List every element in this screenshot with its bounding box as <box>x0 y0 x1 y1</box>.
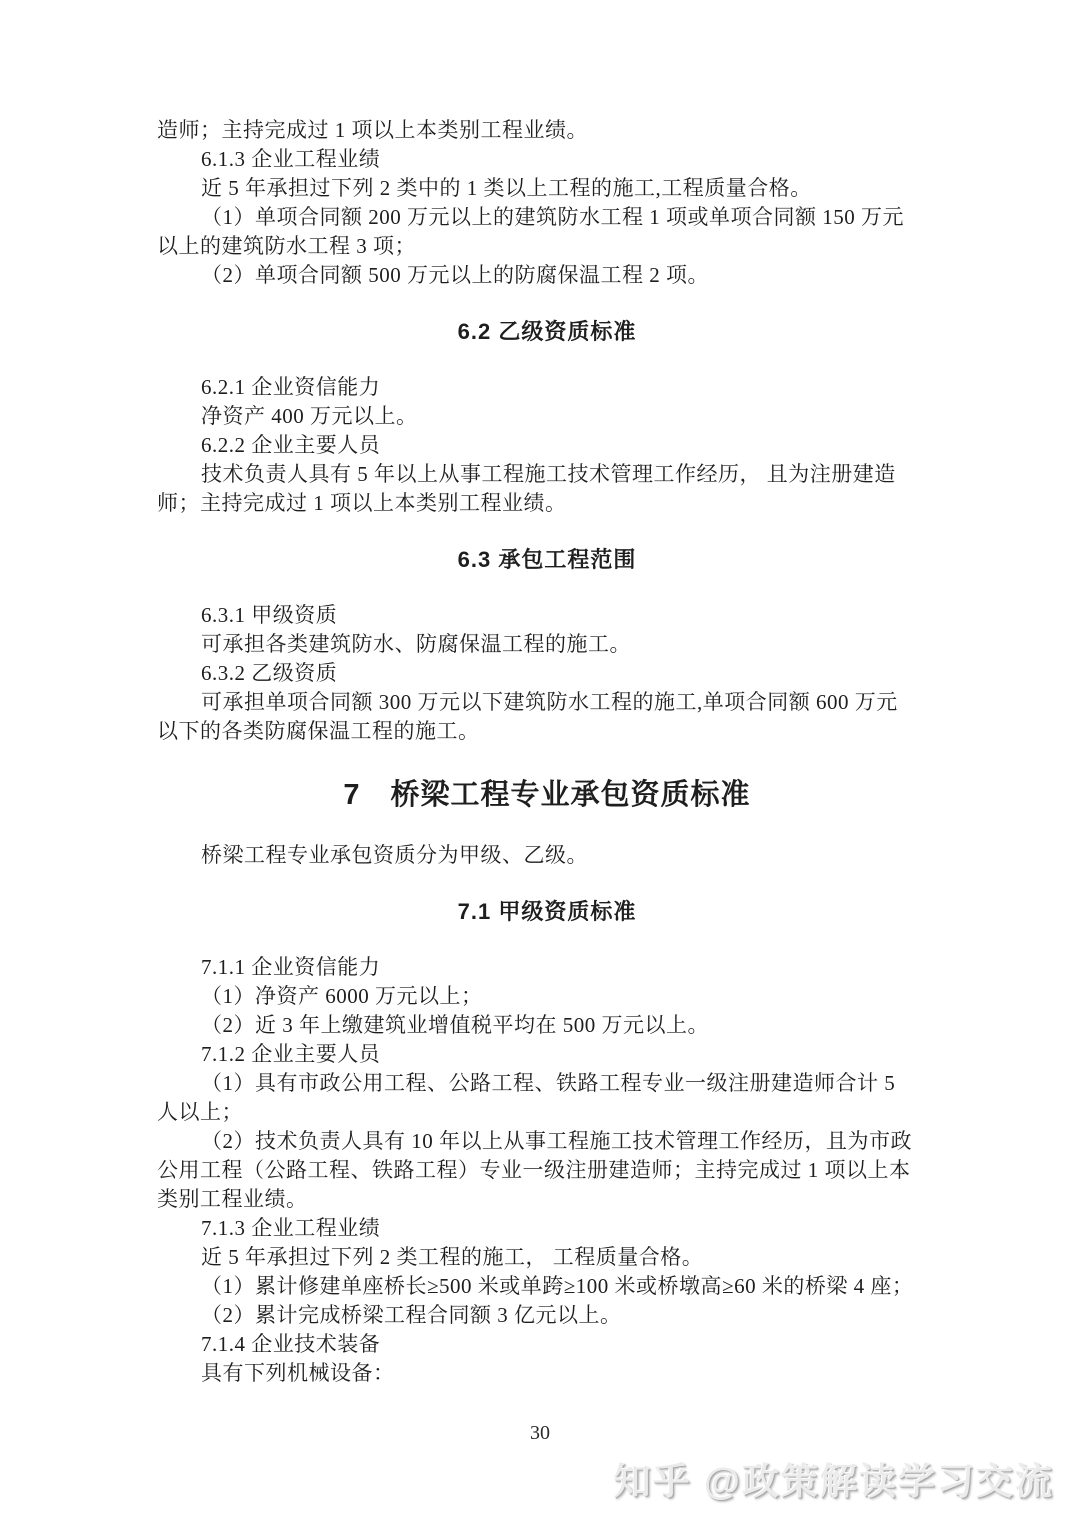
body-line: 6.2.2 企业主要人员 <box>157 431 937 460</box>
body-line: 以下的各类防腐保温工程的施工。 <box>157 717 937 746</box>
body-line: 类别工程业绩。 <box>157 1185 937 1214</box>
watermark: 知乎 @政策解读学习交流 <box>614 1451 1054 1505</box>
body-line: （2）累计完成桥梁工程合同额 3 亿元以上。 <box>157 1301 937 1330</box>
body-line: 桥梁工程专业承包资质分为甲级、乙级。 <box>157 841 937 870</box>
body-line: 近 5 年承担过下列 2 类工程的施工， 工程质量合格。 <box>157 1243 937 1272</box>
section-heading: 6.3 承包工程范围 <box>157 545 937 575</box>
body-line: 可承担各类建筑防水、防腐保温工程的施工。 <box>157 630 937 659</box>
body-line: 6.1.3 企业工程业绩 <box>157 145 937 174</box>
body-line: 技术负责人具有 5 年以上从事工程施工技术管理工作经历， 且为注册建造 <box>157 460 937 489</box>
body-line: 造师；主持完成过 1 项以上本类别工程业绩。 <box>157 116 937 145</box>
body-line: （1）净资产 6000 万元以上； <box>157 982 937 1011</box>
body-line: （2）近 3 年上缴建筑业增值税平均在 500 万元以上。 <box>157 1011 937 1040</box>
body-line: （1）具有市政公用工程、公路工程、铁路工程专业一级注册建造师合计 5 <box>157 1069 937 1098</box>
body-line: 公用工程（公路工程、铁路工程）专业一级注册建造师；主持完成过 1 项以上本 <box>157 1156 937 1185</box>
section-heading: 6.2 乙级资质标准 <box>157 317 937 347</box>
document-page: 造师；主持完成过 1 项以上本类别工程业绩。6.1.3 企业工程业绩近 5 年承… <box>0 0 1080 1527</box>
body-line: （1）累计修建单座桥长≥500 米或单跨≥100 米或桥墩高≥60 米的桥梁 4… <box>157 1272 937 1301</box>
body-line: 6.2.1 企业资信能力 <box>157 373 937 402</box>
body-line: 7.1.3 企业工程业绩 <box>157 1214 937 1243</box>
page-number: 30 <box>0 1422 1080 1445</box>
body-line: 7.1.1 企业资信能力 <box>157 953 937 982</box>
body-line: 可承担单项合同额 300 万元以下建筑防水工程的施工,单项合同额 600 万元 <box>157 688 937 717</box>
body-line: （2）技术负责人具有 10 年以上从事工程施工技术管理工作经历，且为市政 <box>157 1127 937 1156</box>
body-line: 6.3.1 甲级资质 <box>157 601 937 630</box>
body-line: 6.3.2 乙级资质 <box>157 659 937 688</box>
document-content: 造师；主持完成过 1 项以上本类别工程业绩。6.1.3 企业工程业绩近 5 年承… <box>157 116 937 1388</box>
body-line: （2）单项合同额 500 万元以上的防腐保温工程 2 项。 <box>157 261 937 290</box>
body-line: （1）单项合同额 200 万元以上的建筑防水工程 1 项或单项合同额 150 万… <box>157 203 937 232</box>
body-line: 7.1.2 企业主要人员 <box>157 1040 937 1069</box>
body-line: 近 5 年承担过下列 2 类中的 1 类以上工程的施工,工程质量合格。 <box>157 174 937 203</box>
body-line: 师；主持完成过 1 项以上本类别工程业绩。 <box>157 489 937 518</box>
chapter-heading: 7 桥梁工程专业承包资质标准 <box>157 775 937 815</box>
body-line: 具有下列机械设备： <box>157 1359 937 1388</box>
body-line: 7.1.4 企业技术装备 <box>157 1330 937 1359</box>
body-line: 人以上； <box>157 1098 937 1127</box>
body-line: 以上的建筑防水工程 3 项； <box>157 232 937 261</box>
body-line: 净资产 400 万元以上。 <box>157 402 937 431</box>
section-heading: 7.1 甲级资质标准 <box>157 897 937 927</box>
